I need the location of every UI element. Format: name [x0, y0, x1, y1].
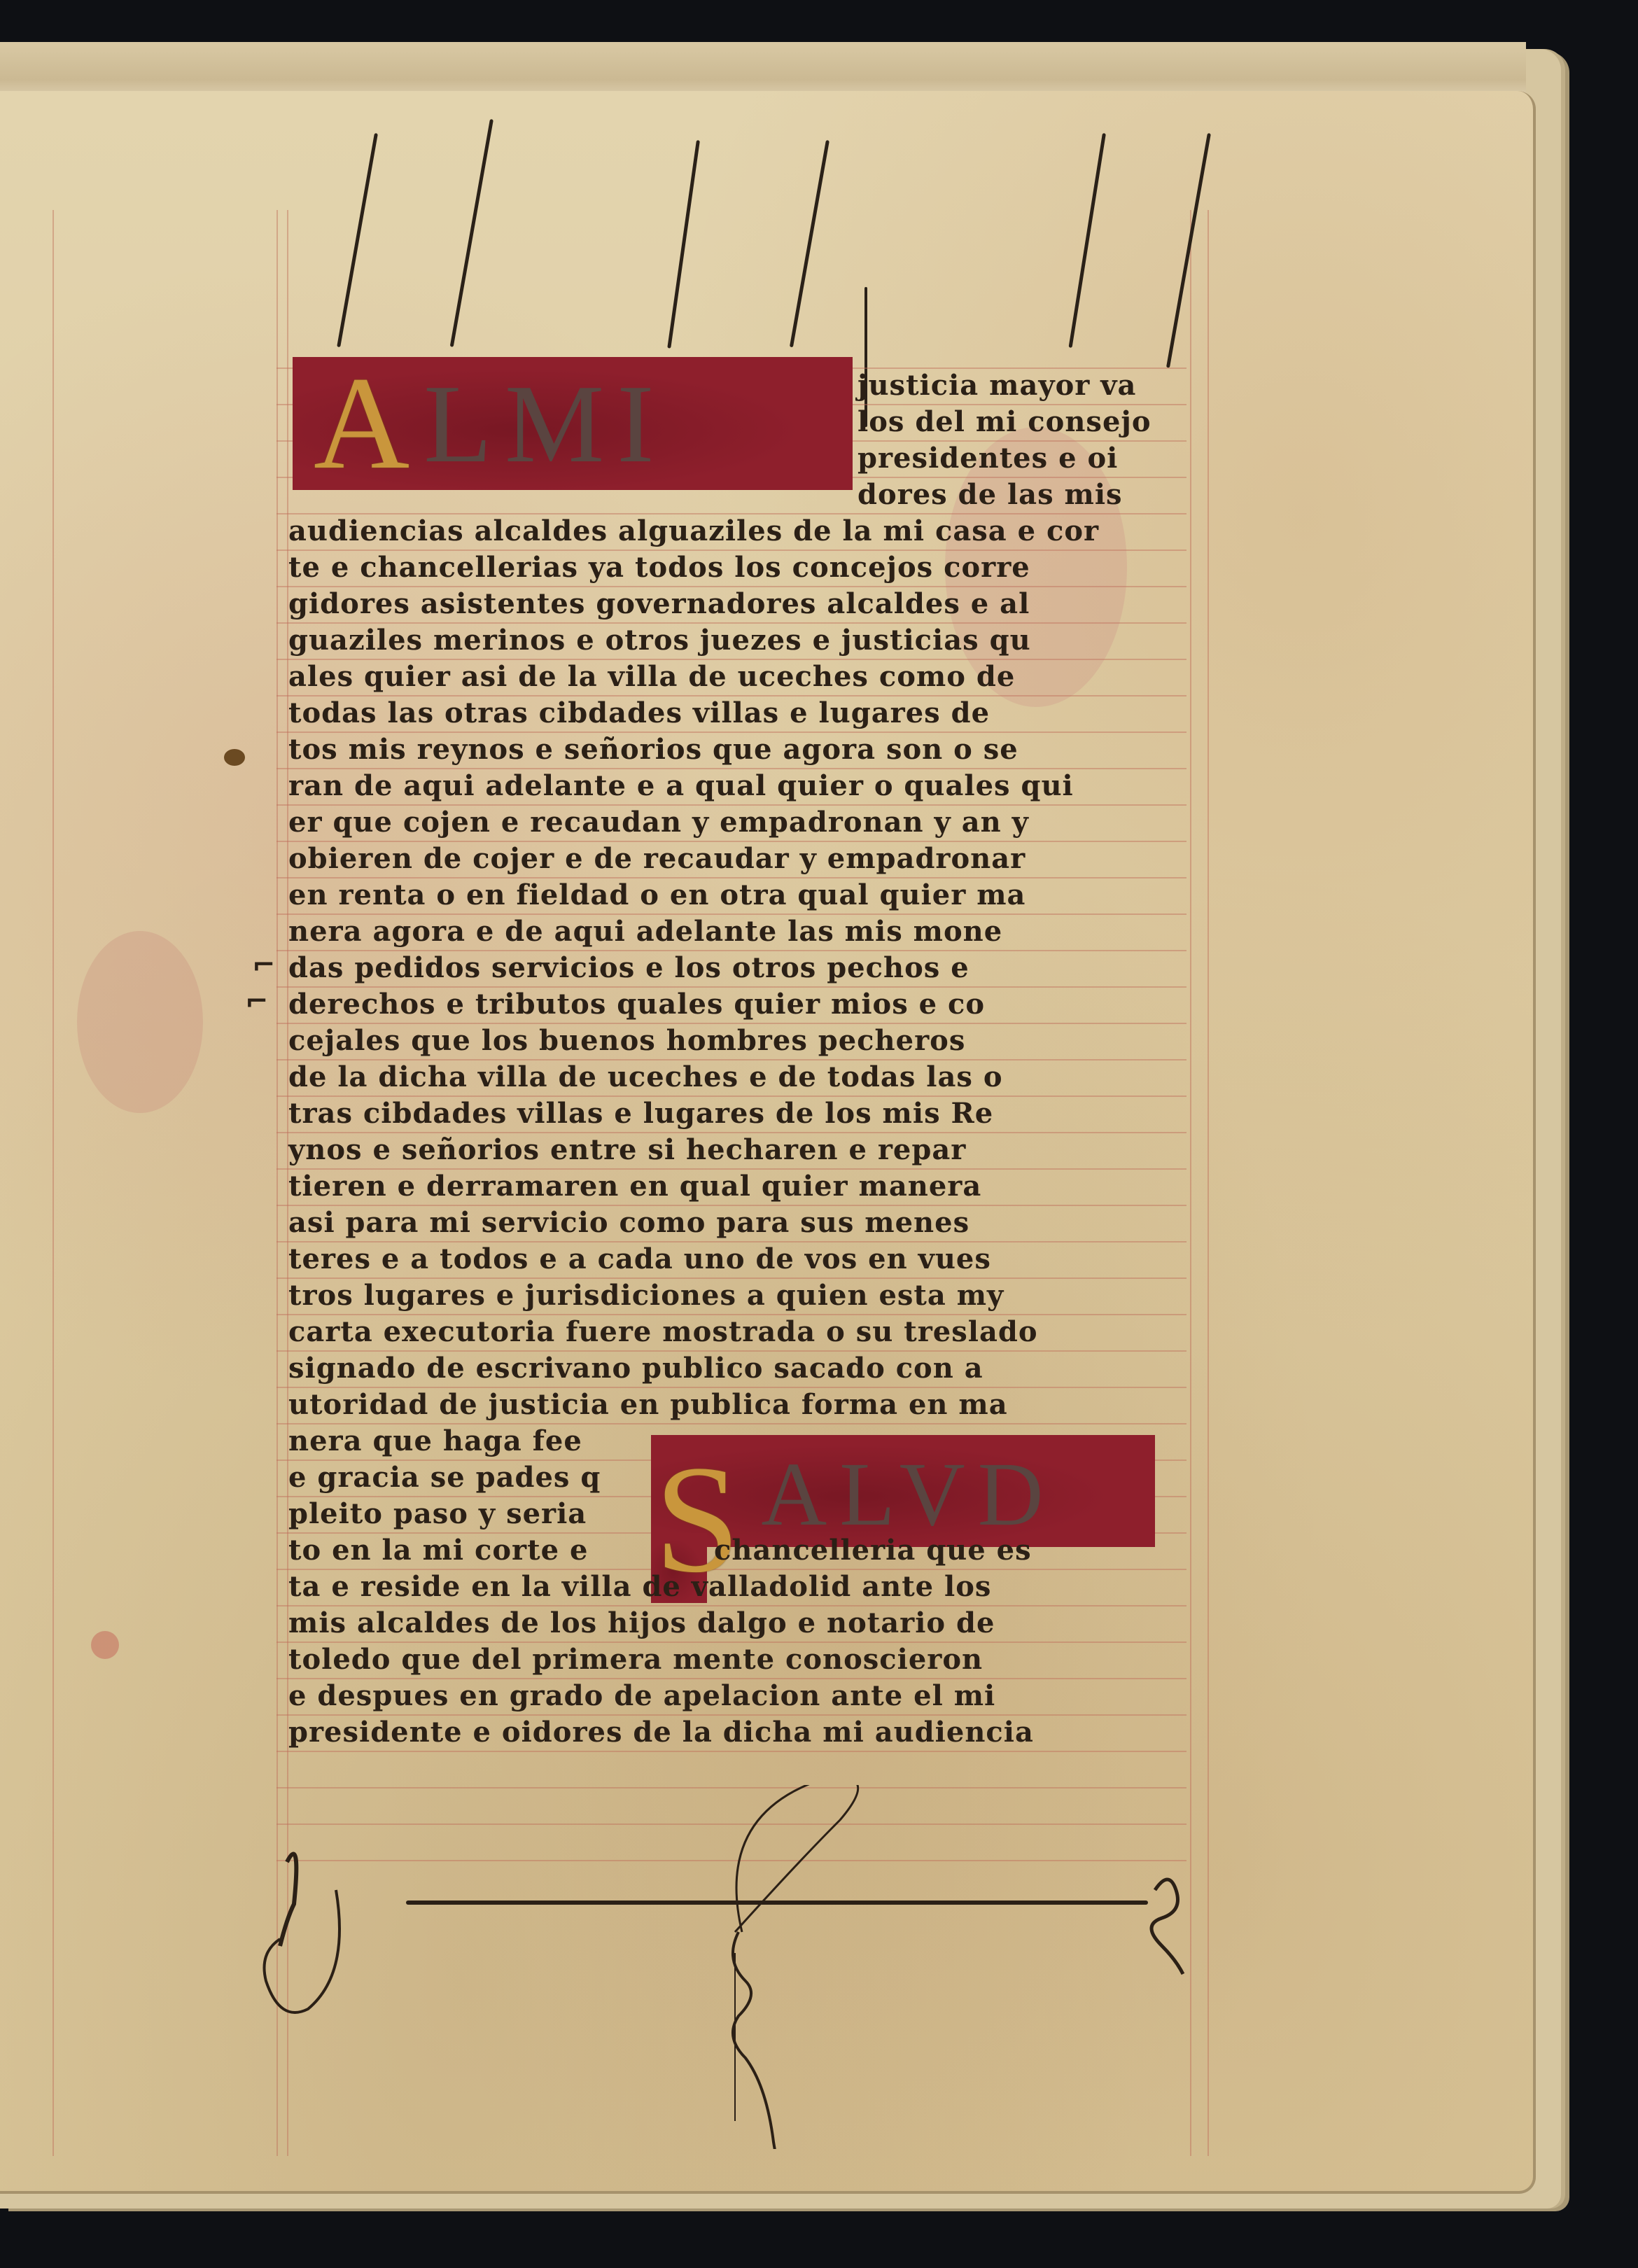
heading-rest-lmi: LMI	[423, 367, 666, 479]
text-line: tos mis reynos e señorios que agora son …	[288, 731, 1018, 768]
text-line: dores de las mis	[857, 477, 1186, 513]
text-line: carta executoria fuere mostrada o su tre…	[288, 1314, 1038, 1350]
text-line: das pedidos servicios e los otros pechos…	[288, 950, 969, 986]
pen-stroke	[667, 140, 700, 349]
text-line: derechos e tributos quales quier mios e …	[288, 986, 985, 1023]
text-line: te e chancellerias ya todos los concejos…	[288, 549, 1030, 586]
text-line: audiencias alcaldes alguaziles de la mi …	[288, 513, 1099, 549]
text-line: ynos e señorios entre si hecharen e repa…	[288, 1132, 966, 1168]
text-line: gidores asistentes governadores alcaldes…	[288, 586, 1030, 622]
stain	[77, 931, 203, 1113]
pen-stroke	[337, 133, 378, 347]
margin-mark: ⌐	[252, 948, 276, 981]
text-line: e despues en grado de apelacion ante el …	[288, 1678, 995, 1714]
text-line: nera agora e de aqui adelante las mis mo…	[288, 913, 1002, 950]
heading-rest-alvd: ALVD	[761, 1449, 1056, 1540]
text-line: signado de escrivano publico sacado con …	[288, 1350, 983, 1387]
text-line: los del mi consejo	[857, 404, 1186, 440]
pen-stroke	[450, 119, 493, 347]
text-line: asi para mi servicio como para sus menes	[288, 1205, 969, 1241]
text-line: obieren de cojer e de recaudar y empadro…	[288, 841, 1025, 877]
text-line: todas las otras cibdades villas e lugare…	[288, 695, 990, 731]
manuscript-page: A LMI S ALVD justicia mayor va los del m…	[0, 91, 1536, 2194]
text-line: chancelleria que es	[714, 1532, 1032, 1569]
text-line: de la dicha villa de uceches e de todas …	[288, 1059, 1003, 1095]
pen-stroke	[1069, 133, 1106, 348]
text-line: tros lugares e jurisdiciones a quien est…	[288, 1277, 1004, 1314]
margin-mark: ⌐	[245, 985, 269, 1018]
gold-initial-a: A	[314, 357, 409, 490]
text-line: mis alcaldes de los hijos dalgo e notari…	[288, 1605, 995, 1641]
text-line: cejales que los buenos hombres pecheros	[288, 1023, 965, 1059]
text-line: utoridad de justicia en publica forma en…	[288, 1387, 1008, 1423]
pen-stroke	[790, 140, 829, 347]
text-line: er que cojen e recaudan y empadronan y a…	[288, 804, 1029, 841]
text-line: en renta o en fieldad o en otra qual qui…	[288, 877, 1025, 913]
text-line: nera que haga fee	[288, 1423, 582, 1459]
text-line: pleito paso y seria	[288, 1496, 587, 1532]
ruling-line	[276, 1751, 1186, 1752]
text-line: ta e reside en la villa de valladolid an…	[288, 1569, 991, 1605]
pen-stroke	[1166, 133, 1211, 368]
text-line: justicia mayor va	[857, 367, 1186, 404]
text-line: tieren e derramaren en qual quier manera	[288, 1168, 981, 1205]
text-line: presidentes e oi	[857, 440, 1186, 477]
text-line: ran de aqui adelante e a qual quier o qu…	[288, 768, 1074, 804]
stain	[224, 749, 245, 766]
ruling-far-left	[52, 210, 54, 2156]
text-line: presidente e oidores de la dicha mi audi…	[288, 1714, 1034, 1751]
flourish-signature-icon	[259, 1785, 1211, 2149]
text-line: tras cibdades villas e lugares de los mi…	[288, 1095, 993, 1132]
stain	[91, 1631, 119, 1659]
text-line: to en la mi corte e	[288, 1532, 588, 1569]
illuminated-heading-almi: A LMI	[293, 357, 853, 490]
text-line: toledo que del primera mente conoscieron	[288, 1641, 983, 1678]
text-line: e gracia se pades q	[288, 1459, 601, 1496]
text-line: guaziles merinos e otros juezes e justic…	[288, 622, 1031, 659]
text-line: ales quier asi de la villa de uceches co…	[288, 659, 1015, 695]
text-line: teres e a todos e a cada uno de vos en v…	[288, 1241, 991, 1277]
